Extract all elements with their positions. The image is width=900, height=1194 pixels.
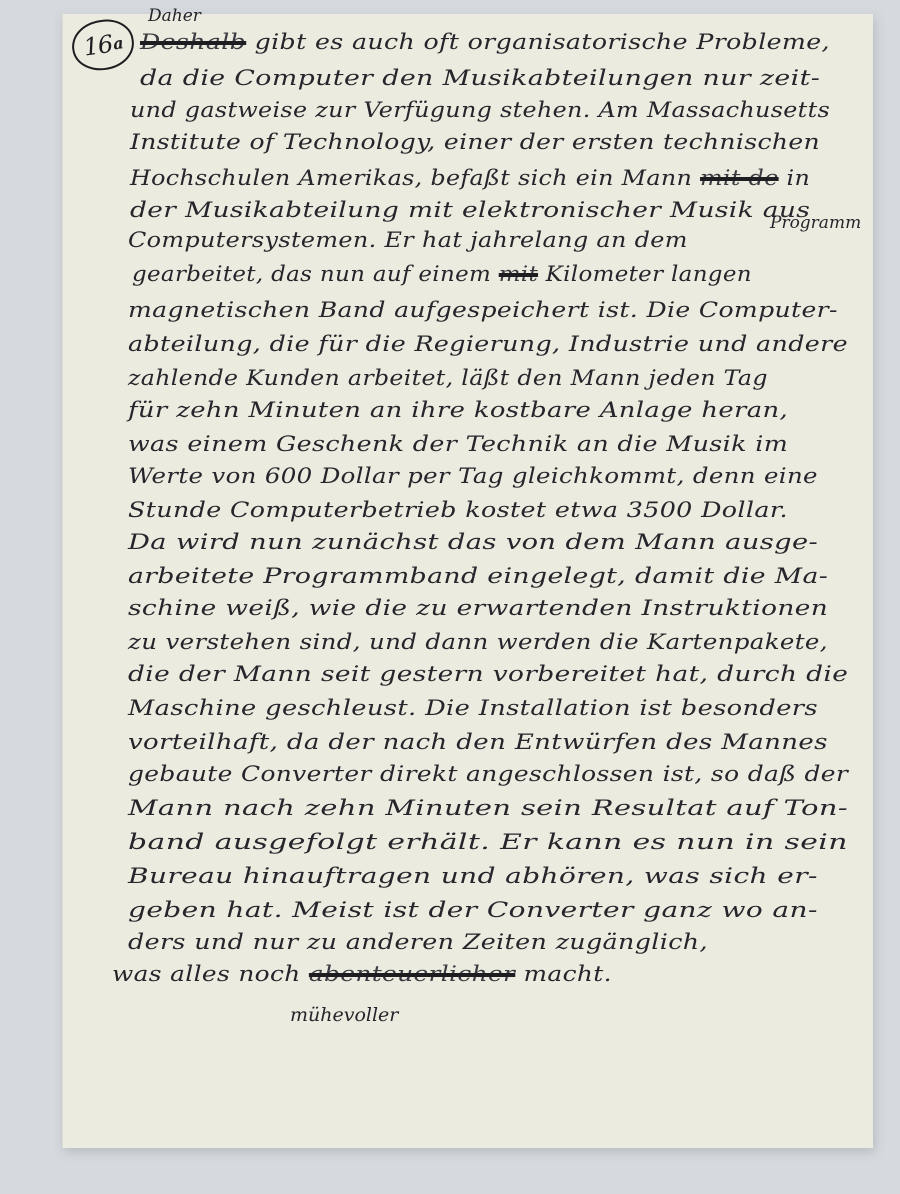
text-segment: zu verstehen sind, und dann werden die K… — [128, 630, 828, 654]
text-segment: macht. — [515, 962, 612, 986]
text-line: der Musikabteilung mit elektronischer Mu… — [130, 198, 810, 222]
text-segment: Werte von 600 Dollar per Tag gleichkommt… — [128, 464, 818, 488]
text-line: ders und nur zu anderen Zeiten zugänglic… — [128, 930, 708, 954]
text-segment: Computersystemen. Er hat jahrelang an de… — [128, 228, 688, 252]
text-segment: geben hat. Meist ist der Converter ganz … — [128, 898, 818, 922]
text-line: Da wird nun zunächst das von dem Mann au… — [128, 530, 818, 554]
text-segment: der Musikabteilung mit elektronischer Mu… — [130, 198, 810, 222]
text-line: gebaute Converter direkt angeschlossen i… — [128, 762, 848, 786]
struck-out-word: mit de — [700, 166, 779, 190]
text-line: was alles noch abenteuerlicher macht. — [112, 962, 612, 986]
text-line: vorteilhaft, da der nach den Entwürfen d… — [128, 730, 828, 754]
insertion-muehevoller: mühevoller — [290, 1004, 398, 1026]
text-segment: zahlende Kunden arbeitet, läßt den Mann … — [128, 366, 768, 390]
text-line: magnetischen Band aufgespeichert ist. Di… — [128, 298, 838, 322]
text-segment: Maschine geschleust. Die Installation is… — [128, 696, 818, 720]
struck-out-word: mit — [499, 262, 538, 286]
text-line: band ausgefolgt erhält. Er kann es nun i… — [128, 830, 848, 854]
text-segment: in — [779, 166, 811, 190]
text-segment: gibt es auch oft organisatorische Proble… — [246, 30, 830, 54]
text-line: Maschine geschleust. Die Installation is… — [128, 696, 818, 720]
text-line: Computersystemen. Er hat jahrelang an de… — [128, 228, 688, 252]
text-line: und gastweise zur Verfügung stehen. Am M… — [130, 98, 830, 122]
text-line: geben hat. Meist ist der Converter ganz … — [128, 898, 818, 922]
text-segment: da die Computer den Musikabteilungen nur… — [140, 66, 820, 90]
page-suffix: a — [112, 33, 124, 53]
text-segment: was einem Geschenk der Technik an die Mu… — [128, 432, 788, 456]
text-segment: schine weiß, wie die zu erwartenden Inst… — [128, 596, 828, 620]
text-line: zu verstehen sind, und dann werden die K… — [128, 630, 828, 654]
text-segment: Kilometer langen — [538, 262, 752, 286]
page-number: 16 — [82, 30, 114, 62]
text-segment: ders und nur zu anderen Zeiten zugänglic… — [128, 930, 708, 954]
text-line: Deshalb gibt es auch oft organisatorisch… — [140, 30, 830, 54]
text-segment: Da wird nun zunächst das von dem Mann au… — [128, 530, 818, 554]
text-segment: band ausgefolgt erhält. Er kann es nun i… — [128, 830, 848, 854]
text-line: was einem Geschenk der Technik an die Mu… — [128, 432, 788, 456]
text-segment: die der Mann seit gestern vorbereitet ha… — [128, 662, 848, 686]
insertion-daher: Daher — [148, 6, 201, 26]
text-segment: vorteilhaft, da der nach den Entwürfen d… — [128, 730, 828, 754]
text-segment: Hochschulen Amerikas, befaßt sich ein Ma… — [130, 166, 700, 190]
text-segment: und gastweise zur Verfügung stehen. Am M… — [130, 98, 830, 122]
text-segment: gearbeitet, das nun auf einem — [132, 262, 499, 286]
text-segment: abteilung, die für die Regierung, Indust… — [128, 332, 848, 356]
text-line: für zehn Minuten an ihre kostbare Anlage… — [128, 398, 788, 422]
text-segment: Institute of Technology, einer der erste… — [130, 130, 820, 154]
struck-out-word: Deshalb — [140, 30, 246, 54]
text-segment: magnetischen Band aufgespeichert ist. Di… — [128, 298, 838, 322]
struck-out-word: abenteuerlicher — [309, 962, 515, 986]
text-segment: was alles noch — [112, 962, 309, 986]
text-line: Bureau hinauftragen und abhören, was sic… — [128, 864, 818, 888]
text-line: zahlende Kunden arbeitet, läßt den Mann … — [128, 366, 768, 390]
text-segment: Mann nach zehn Minuten sein Resultat auf… — [128, 796, 848, 820]
text-segment: gebaute Converter direkt angeschlossen i… — [128, 762, 848, 786]
text-segment: Stunde Computerbetrieb kostet etwa 3500 … — [128, 498, 788, 522]
text-line: abteilung, die für die Regierung, Indust… — [128, 332, 848, 356]
text-line: gearbeitet, das nun auf einem mit Kilome… — [132, 262, 752, 286]
text-line: da die Computer den Musikabteilungen nur… — [140, 66, 820, 90]
text-line: Stunde Computerbetrieb kostet etwa 3500 … — [128, 498, 788, 522]
text-segment: Bureau hinauftragen und abhören, was sic… — [128, 864, 818, 888]
text-segment: arbeitete Programmband eingelegt, damit … — [128, 564, 828, 588]
text-line: schine weiß, wie die zu erwartenden Inst… — [128, 596, 828, 620]
text-line: die der Mann seit gestern vorbereitet ha… — [128, 662, 848, 686]
text-line: Mann nach zehn Minuten sein Resultat auf… — [128, 796, 848, 820]
text-segment: für zehn Minuten an ihre kostbare Anlage… — [128, 398, 788, 422]
text-line: Werte von 600 Dollar per Tag gleichkommt… — [128, 464, 818, 488]
text-line: Hochschulen Amerikas, befaßt sich ein Ma… — [130, 166, 810, 190]
text-line: Institute of Technology, einer der erste… — [130, 130, 820, 154]
text-line: arbeitete Programmband eingelegt, damit … — [128, 564, 828, 588]
